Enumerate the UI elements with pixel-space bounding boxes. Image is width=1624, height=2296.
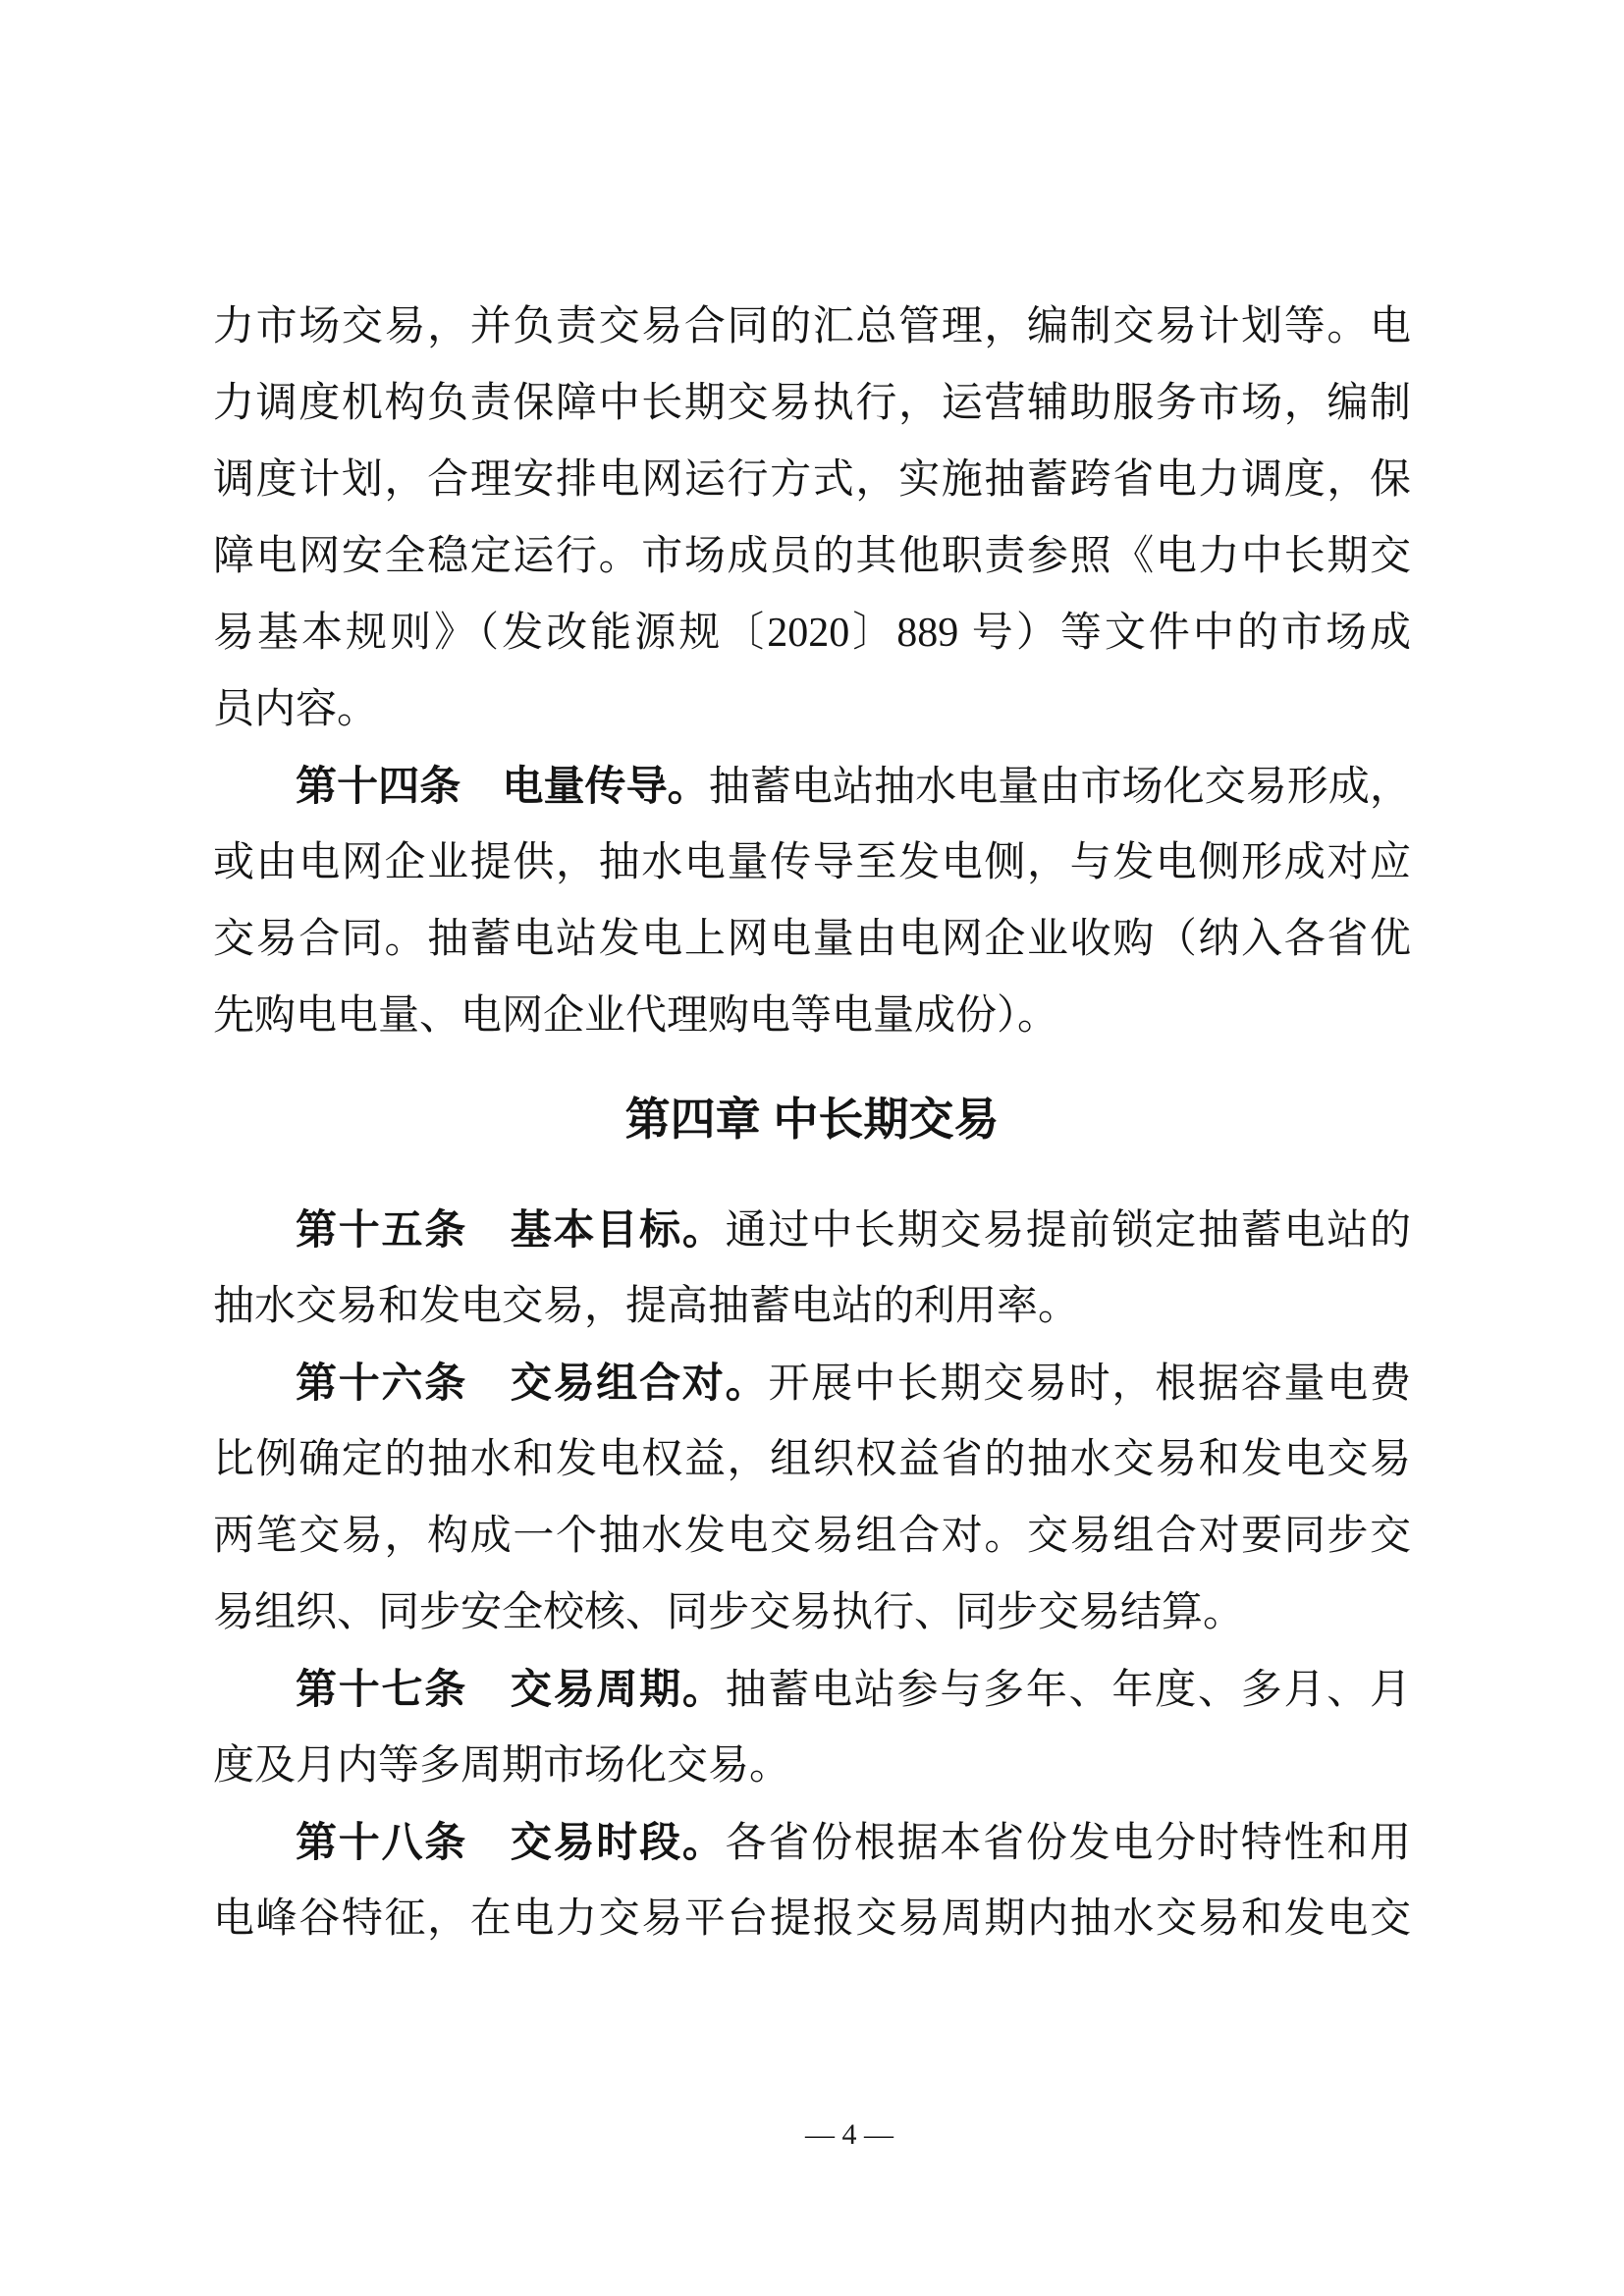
document-line: 障电网安全稳定运行。市场成员的其他职责参照《电力中长期交 (213, 518, 1411, 595)
article-title-text: 第十四条 电量传导。 (296, 763, 709, 809)
body-text: 易组织、同步安全校核、同步交易执行、同步交易结算。 (213, 1590, 1244, 1635)
document-line: 度及月内等多周期市场化交易。 (213, 1728, 1411, 1804)
document-line: 调度计划，合理安排电网运行方式，实施抽蓄跨省电力调度，保 (213, 442, 1411, 518)
body-text: 通过中长期交易提前锁定抽蓄电站的 (726, 1208, 1411, 1254)
document-line: 或由电网企业提供，抽水电量传导至发电侧，与发电侧形成对应 (213, 825, 1411, 901)
document-line: 第十六条 交易组合对。开展中长期交易时，根据容量电费 (213, 1345, 1411, 1421)
body-text: 力市场交易，并负责交易合同的汇总管理，编制交易计划等。电 (213, 304, 1411, 349)
body-text: 度及月内等多周期市场化交易。 (213, 1743, 790, 1789)
document-line: 先购电电量、电网企业代理购电等电量成份）。 (213, 978, 1411, 1054)
document-line: 两笔交易，构成一个抽水发电交易组合对。交易组合对要同步交 (213, 1498, 1411, 1575)
body-text: 先购电电量、电网企业代理购电等电量成份）。 (213, 993, 1058, 1039)
document-line: 第十四条 电量传导。抽蓄电站抽水电量由市场化交易形成， (213, 748, 1411, 825)
document-line: 易组织、同步安全校核、同步交易执行、同步交易结算。 (213, 1575, 1411, 1651)
body-text: 各省份根据本省份发电分时特性和用 (726, 1821, 1411, 1866)
document-line: 力调度机构负责保障中长期交易执行，运营辅助服务市场，编制 (213, 365, 1411, 442)
document-line: 易基本规则》（发改能源规〔2020〕889 号）等文件中的市场成 (213, 595, 1411, 671)
document-line: 第十七条 交易周期。抽蓄电站参与多年、年度、多月、月 (213, 1651, 1411, 1728)
document-line: 比例确定的抽水和发电权益，组织权益省的抽水交易和发电交易 (213, 1421, 1411, 1498)
body-text: 比例确定的抽水和发电权益，组织权益省的抽水交易和发电交易 (213, 1437, 1411, 1482)
body-text: 抽蓄电站参与多年、年度、多月、月 (726, 1668, 1411, 1713)
body-text: 交易合同。抽蓄电站发电上网电量由电网企业收购（纳入各省优 (213, 917, 1411, 962)
article-title-text: 第十八条 交易时段。 (296, 1819, 726, 1865)
document-line: 员内容。 (213, 671, 1411, 748)
document-line: 第十八条 交易时段。各省份根据本省份发电分时特性和用 (213, 1804, 1411, 1881)
body-text: 开展中长期交易时，根据容量电费 (768, 1362, 1411, 1407)
chapter-heading: 第四章 中长期交易 (213, 1081, 1411, 1157)
article-title-text: 第十七条 交易周期。 (296, 1666, 726, 1712)
body-text: 障电网安全稳定运行。市场成员的其他职责参照《电力中长期交 (213, 534, 1411, 579)
body-text: 或由电网企业提供，抽水电量传导至发电侧，与发电侧形成对应 (213, 840, 1411, 885)
document-page: 力市场交易，并负责交易合同的汇总管理，编制交易计划等。电力调度机构负责保障中长期… (0, 0, 1624, 2296)
article-title-text: 第十五条 基本目标。 (296, 1206, 726, 1253)
body-text: 力调度机构负责保障中长期交易执行，运营辅助服务市场，编制 (213, 381, 1411, 426)
body-text: 调度计划，合理安排电网运行方式，实施抽蓄跨省电力调度，保 (213, 457, 1411, 503)
body-text: 两笔交易，构成一个抽水发电交易组合对。交易组合对要同步交 (213, 1514, 1411, 1559)
document-line: 电峰谷特征，在电力交易平台提报交易周期内抽水交易和发电交 (213, 1881, 1411, 1957)
page-number: — 4 — (250, 2106, 1448, 2164)
document-line: 抽水交易和发电交易，提高抽蓄电站的利用率。 (213, 1268, 1411, 1345)
body-text: 抽水交易和发电交易，提高抽蓄电站的利用率。 (213, 1284, 1079, 1329)
document-body: 力市场交易，并负责交易合同的汇总管理，编制交易计划等。电力调度机构负责保障中长期… (213, 289, 1411, 1957)
document-line: 交易合同。抽蓄电站发电上网电量由电网企业收购（纳入各省优 (213, 901, 1411, 978)
article-title-text: 第十六条 交易组合对。 (296, 1360, 768, 1406)
body-text: 抽蓄电站抽水电量由市场化交易形成， (709, 765, 1411, 810)
document-line: 第十五条 基本目标。通过中长期交易提前锁定抽蓄电站的 (213, 1192, 1411, 1268)
body-text: 员内容。 (213, 687, 378, 732)
document-line: 力市场交易，并负责交易合同的汇总管理，编制交易计划等。电 (213, 289, 1411, 365)
body-text: 电峰谷特征，在电力交易平台提报交易周期内抽水交易和发电交 (213, 1896, 1411, 1942)
body-text: 易基本规则》（发改能源规〔2020〕889 号）等文件中的市场成 (213, 611, 1411, 656)
